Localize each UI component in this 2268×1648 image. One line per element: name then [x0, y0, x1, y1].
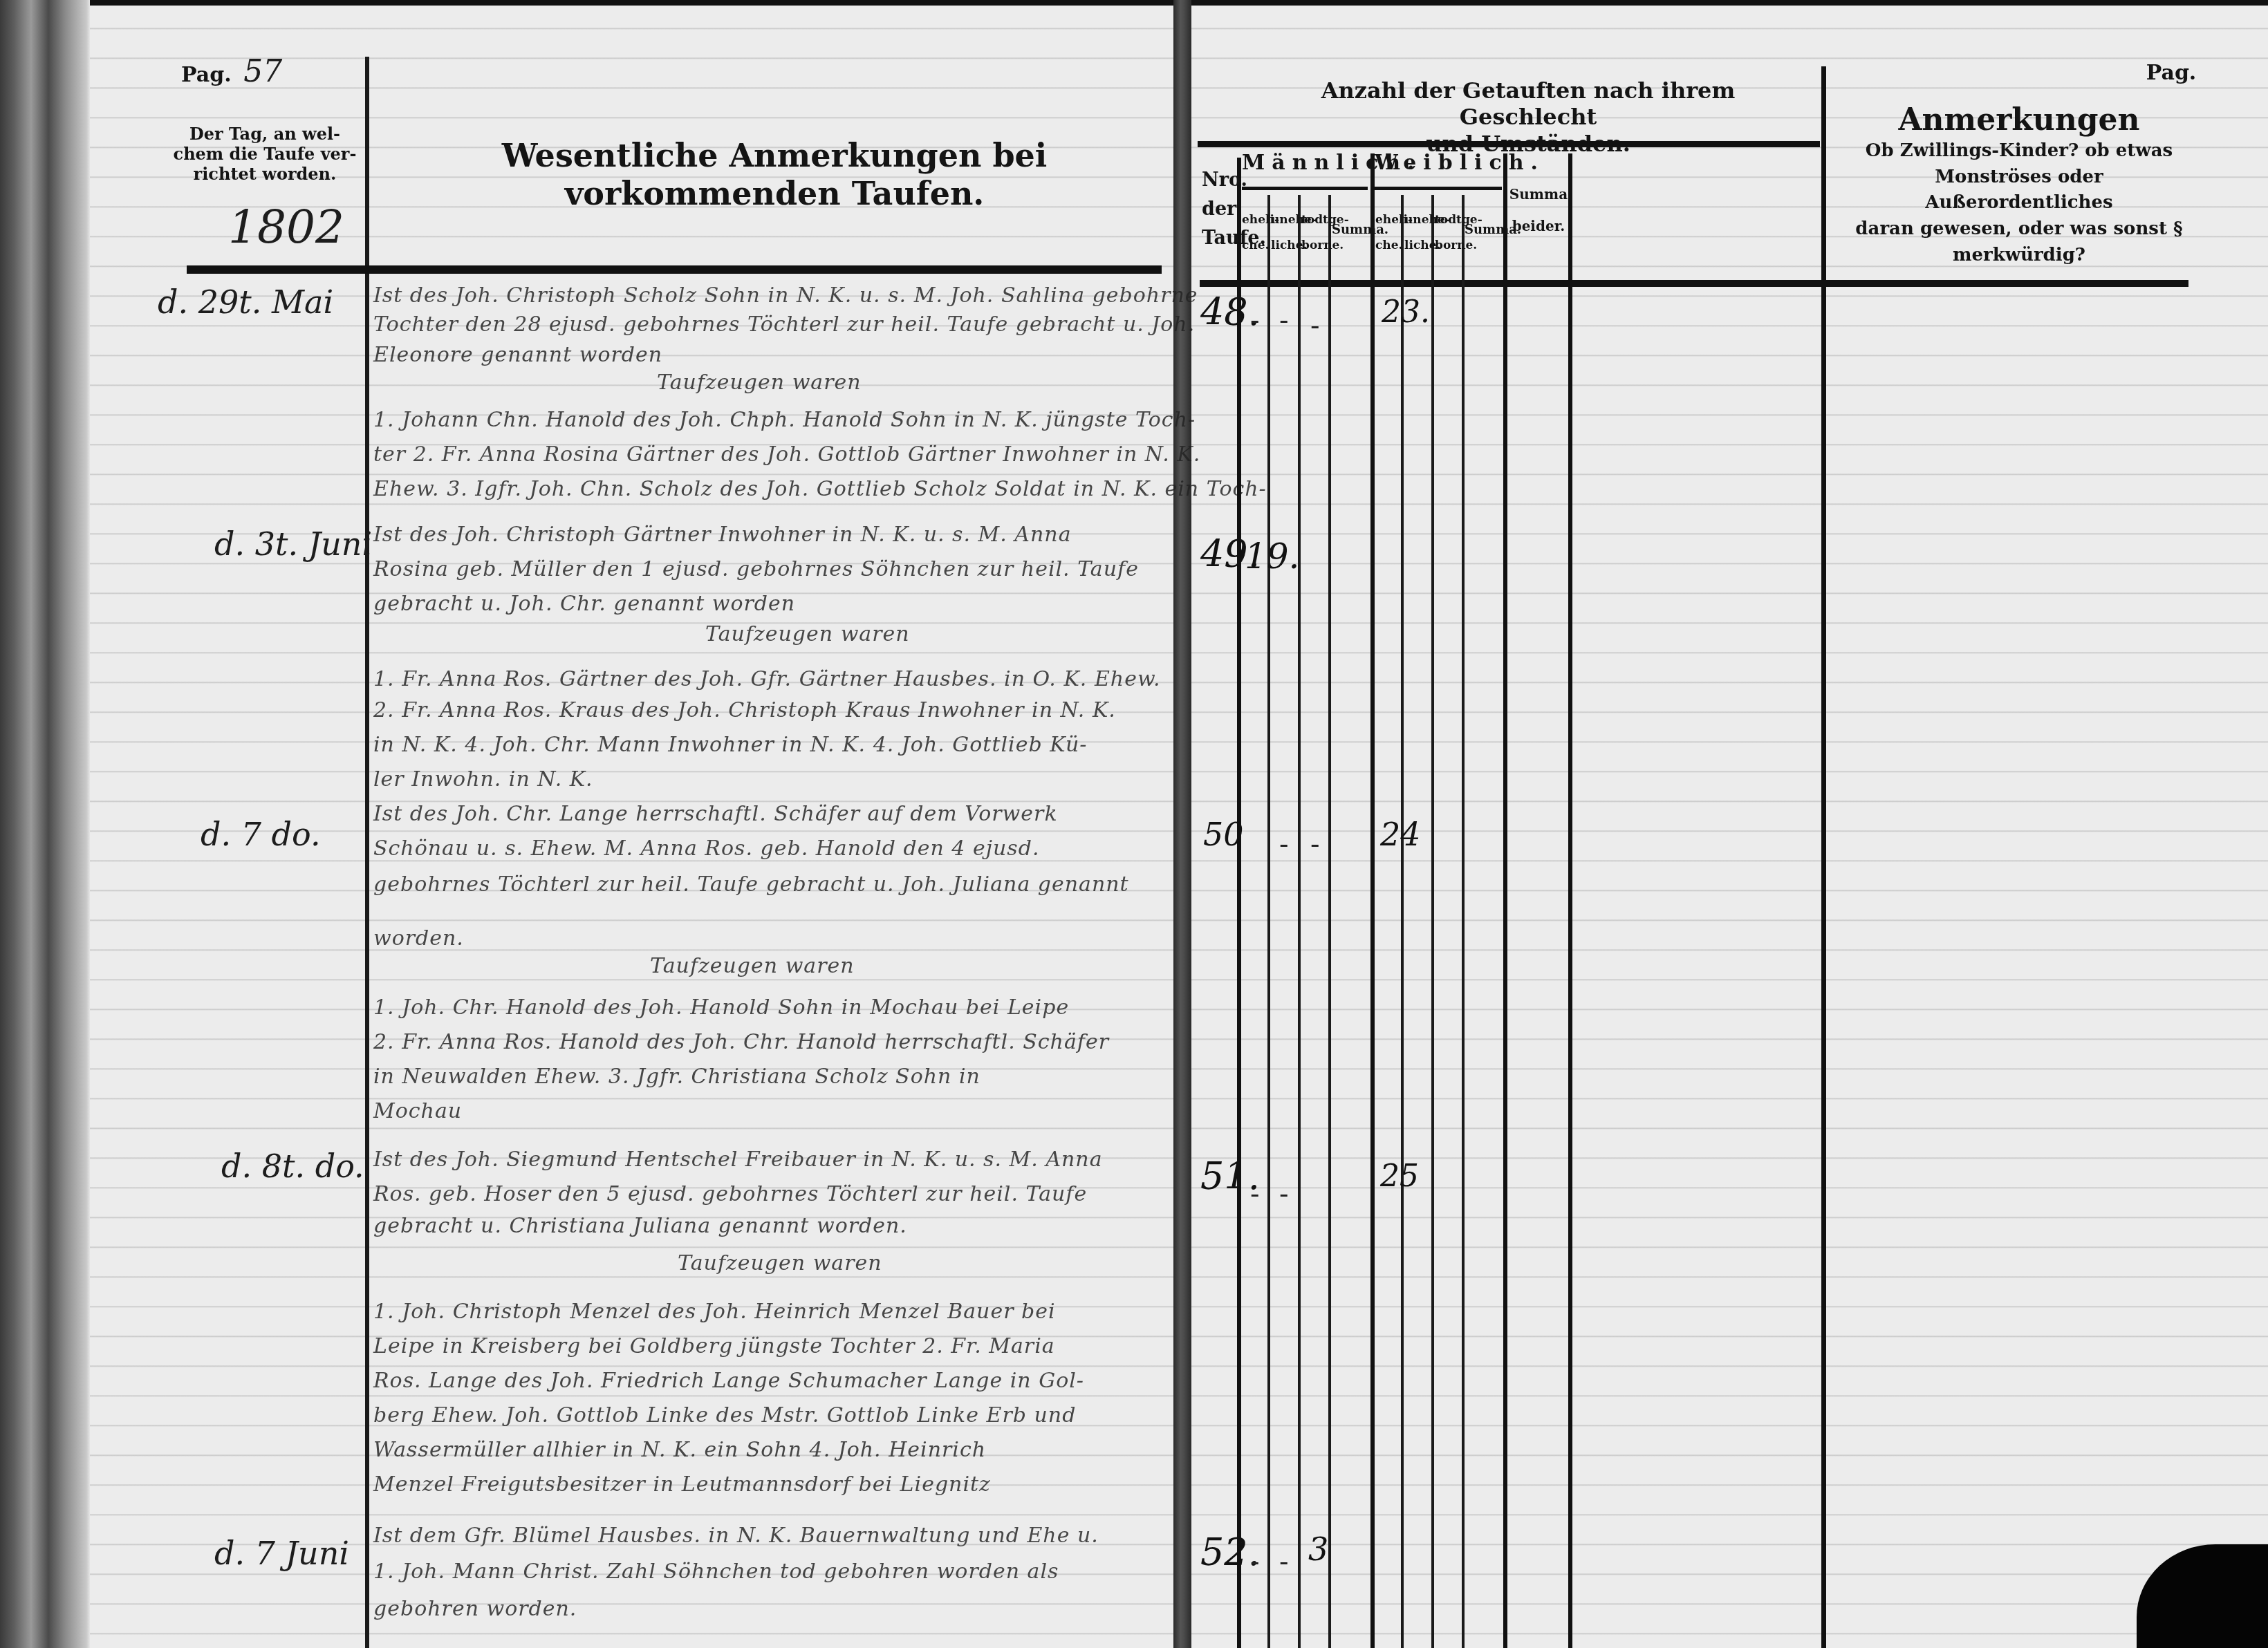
- subheader-line: unehe-: [1404, 207, 1432, 233]
- entry-text-line: Ist dem Gfr. Blümel Hausbes. in N. K. Ba…: [373, 1524, 1099, 1548]
- male-unehel-cell: -: [1279, 1178, 1289, 1210]
- entry-text-line: Ist des Joh. Chr. Lange herrschaftl. Sch…: [373, 802, 1058, 826]
- remarks-header-line: Ob Zwillings-Kinder? ob etwas: [1839, 138, 2199, 165]
- entry-text-line: gebohrnes Töchterl zur heil. Taufe gebra…: [373, 872, 1129, 897]
- witness-line: Menzel Freigutsbesitzer in Leutmannsdorf…: [373, 1472, 991, 1497]
- book-binding-edge: [0, 0, 90, 1648]
- entry-text-line: gebracht u. Christiana Juliana genannt w…: [373, 1214, 907, 1238]
- date-header-line: chem die Taufe ver-: [171, 144, 358, 165]
- entry-text-line: gebohren worden.: [373, 1597, 577, 1621]
- page-label: Pag.: [2130, 61, 2213, 86]
- col-line: [1431, 195, 1434, 1648]
- entry-text-line: Ist des Joh. Christoph Scholz Sohn in N.…: [373, 283, 1198, 308]
- witness-line: 1. Joh. Chr. Hanold des Joh. Hanold Sohn…: [373, 995, 1069, 1020]
- entry-date: d. 7 do.: [201, 816, 321, 853]
- remarks-header-line: Monströses oder Außerordentliches: [1839, 165, 2199, 216]
- col-line: [1370, 153, 1375, 1648]
- col-line: [1503, 153, 1507, 1648]
- female-todt-header: todtge- borne.: [1435, 207, 1462, 259]
- male-todt-header: todtge- borne.: [1301, 207, 1329, 259]
- page-label: Pag. 57: [181, 54, 277, 91]
- witness-line: 1. Fr. Anna Ros. Gärtner des Joh. Gfr. G…: [373, 667, 1161, 691]
- table-header-bottom-rule: [1200, 280, 2188, 287]
- nro-header: Nro. der Taufe.: [1202, 166, 1236, 253]
- witness-line: in Neuwalden Ehew. 3. Jgfr. Christiana S…: [373, 1065, 980, 1089]
- col-line: [1328, 195, 1331, 1648]
- col-line: [1568, 153, 1572, 1648]
- witness-line: 1. Joh. Christoph Menzel des Joh. Heinri…: [373, 1300, 1056, 1324]
- witness-line: 2. Fr. Anna Ros. Kraus des Joh. Christop…: [373, 698, 1116, 722]
- col-line: [1462, 195, 1465, 1648]
- female-ehel-cell: 23.: [1382, 294, 1430, 330]
- male-ehel-cell: -: [1250, 304, 1260, 336]
- witness-line: 2. Fr. Anna Ros. Hanold des Joh. Chr. Ha…: [373, 1030, 1109, 1054]
- subheader-line: todtge-: [1435, 207, 1462, 233]
- male-summa-header: Summa.: [1332, 223, 1370, 238]
- entry-date: d. 7 Juni: [214, 1535, 349, 1572]
- witnesses-heading: Taufzeugen waren: [657, 371, 862, 395]
- entry-text-line: worden.: [373, 926, 464, 951]
- subheader-line: eheli-: [1375, 207, 1402, 233]
- entry-text-line: 1. Joh. Mann Christ. Zahl Söhnchen tod g…: [373, 1560, 1059, 1584]
- entry-date: d. 3t. Juni: [214, 525, 372, 563]
- subheader-line: todtge-: [1301, 207, 1329, 233]
- female-ehel-cell: 24: [1380, 816, 1421, 853]
- remarks-header-line: merkwürdig?: [1839, 243, 2199, 269]
- counts-header-rule: [1198, 141, 1820, 147]
- summa-beider-line: Summa: [1507, 178, 1570, 210]
- subheader-line: borne.: [1435, 233, 1462, 259]
- page-gutter: [1173, 0, 1191, 1648]
- witnesses-heading: Taufzeugen waren: [678, 1251, 882, 1275]
- female-group-rule: [1373, 187, 1502, 190]
- female-ehel-header: eheli- che.: [1375, 207, 1402, 259]
- entry-text-line: Ist des Joh. Siegmund Hentschel Freibaue…: [373, 1148, 1103, 1172]
- ink-stain: [2137, 1544, 2268, 1648]
- entry-text-line: Ist des Joh. Christoph Gärtner Inwohner …: [373, 523, 1072, 547]
- male-unehel-cell: -: [1279, 304, 1289, 336]
- subheader-line: borne.: [1301, 233, 1329, 259]
- entry-date: d. 8t. do.: [221, 1148, 364, 1185]
- summa-beider-header: Summa beider.: [1507, 178, 1570, 242]
- male-unehel-header: unehe- liche.: [1271, 207, 1299, 259]
- page-top-edge: [0, 0, 2268, 6]
- male-ehel-cell: 19.: [1245, 536, 1300, 577]
- nro-header-line: der: [1202, 195, 1236, 224]
- male-header: Männlich.: [1242, 151, 1369, 176]
- witness-line: 1. Johann Chn. Hanold des Joh. Chph. Han…: [373, 408, 1196, 432]
- male-todt-cell: -: [1310, 828, 1320, 860]
- entry-text-line: Eleonore genannt worden: [373, 343, 662, 367]
- witness-line: Leipe in Kreisberg bei Goldberg jüngste …: [373, 1334, 1055, 1358]
- nro-cell: 50: [1203, 816, 1244, 853]
- register-scan: Pag. 57 Der Tag, an wel- chem die Taufe …: [0, 0, 2268, 1648]
- year: 1802: [228, 200, 344, 254]
- witness-line: Ros. Lange des Joh. Friedrich Lange Schu…: [373, 1369, 1084, 1393]
- witnesses-heading: Taufzeugen waren: [650, 954, 855, 978]
- remarks-header-question: Ob Zwillings-Kinder? ob etwas Monströses…: [1839, 138, 2199, 268]
- male-ehel-cell: -: [1250, 1546, 1260, 1577]
- witnesses-heading: Taufzeugen waren: [705, 622, 910, 646]
- remarks-header-title: Anmerkungen: [1832, 102, 2206, 139]
- male-ehel-header: eheli- che.: [1242, 207, 1268, 259]
- male-ehel-cell: -: [1250, 1178, 1260, 1210]
- male-group-rule: [1242, 187, 1368, 190]
- remarks-column-header: Wesentliche Anmerkungen bei vorkommenden…: [401, 137, 1148, 213]
- female-summa-header: Summa.: [1465, 223, 1503, 238]
- entry-text-line: Rosina geb. Müller den 1 ejusd. gebohrne…: [373, 557, 1139, 581]
- subheader-line: liche.: [1404, 233, 1432, 259]
- subheader-line: che.: [1375, 233, 1402, 259]
- witness-line: Mochau: [373, 1099, 462, 1123]
- entry-text-line: gebracht u. Joh. Chr. genannt worden: [373, 592, 795, 616]
- entry-text-line: Ros. geb. Hoser den 5 ejusd. gebohrnes T…: [373, 1182, 1087, 1206]
- subheader-line: liche.: [1271, 233, 1299, 259]
- subheader-line: che.: [1242, 233, 1268, 259]
- date-column-divider: [365, 57, 369, 1648]
- male-unehel-cell: -: [1279, 1546, 1289, 1577]
- date-column-header: Der Tag, an wel- chem die Taufe ver- ric…: [171, 124, 358, 184]
- male-todt-cell: -: [1310, 310, 1320, 341]
- col-line: [1267, 195, 1270, 1648]
- witness-line: in N. K. 4. Joh. Chr. Mann Inwohner in N…: [373, 733, 1087, 757]
- subheader-line: unehe-: [1271, 207, 1299, 233]
- subheader-line: eheli-: [1242, 207, 1268, 233]
- col-line: [1237, 158, 1241, 1648]
- page-label-text: Pag.: [181, 63, 232, 87]
- header-bottom-rule: [187, 265, 1162, 274]
- witness-line: ler Inwohn. in N. K.: [373, 767, 593, 792]
- counts-header-line: Anzahl der Getauften nach ihrem Geschlec…: [1252, 77, 1805, 131]
- female-ehel-cell: 25: [1380, 1159, 1419, 1194]
- remarks-header-line: daran gewesen, oder was sonst §: [1839, 216, 2199, 243]
- witness-line: ter 2. Fr. Anna Rosina Gärtner des Joh. …: [373, 442, 1200, 467]
- female-unehel-header: unehe- liche.: [1404, 207, 1432, 259]
- witness-line: Wassermüller allhier in N. K. ein Sohn 4…: [373, 1438, 986, 1462]
- entry-text-line: Tochter den 28 ejusd. gebohrnes Töchterl…: [373, 312, 1195, 337]
- summa-beider-line: beider.: [1507, 210, 1570, 242]
- male-todt-cell: 3: [1308, 1530, 1328, 1568]
- female-header: Weiblich.: [1375, 151, 1502, 176]
- col-line: [1401, 195, 1404, 1648]
- entry-date: d. 29t. Mai: [158, 283, 333, 321]
- male-unehel-cell: -: [1279, 828, 1289, 860]
- page-number: 57: [243, 54, 282, 89]
- entry-text-line: Schönau u. s. Ehew. M. Anna Ros. geb. Ha…: [373, 836, 1039, 861]
- date-header-line: richtet worden.: [171, 165, 358, 185]
- witness-line: berg Ehew. Joh. Gottlob Linke des Mstr. …: [373, 1403, 1076, 1427]
- date-header-line: Der Tag, an wel-: [171, 124, 358, 144]
- col-line: [1298, 195, 1301, 1648]
- nro-header-line: Nro.: [1202, 166, 1236, 195]
- remarks-column-divider: [1821, 66, 1826, 1648]
- nro-header-line: Taufe.: [1202, 224, 1236, 253]
- witness-line: Ehew. 3. Igfr. Joh. Chn. Scholz des Joh.…: [373, 477, 1267, 501]
